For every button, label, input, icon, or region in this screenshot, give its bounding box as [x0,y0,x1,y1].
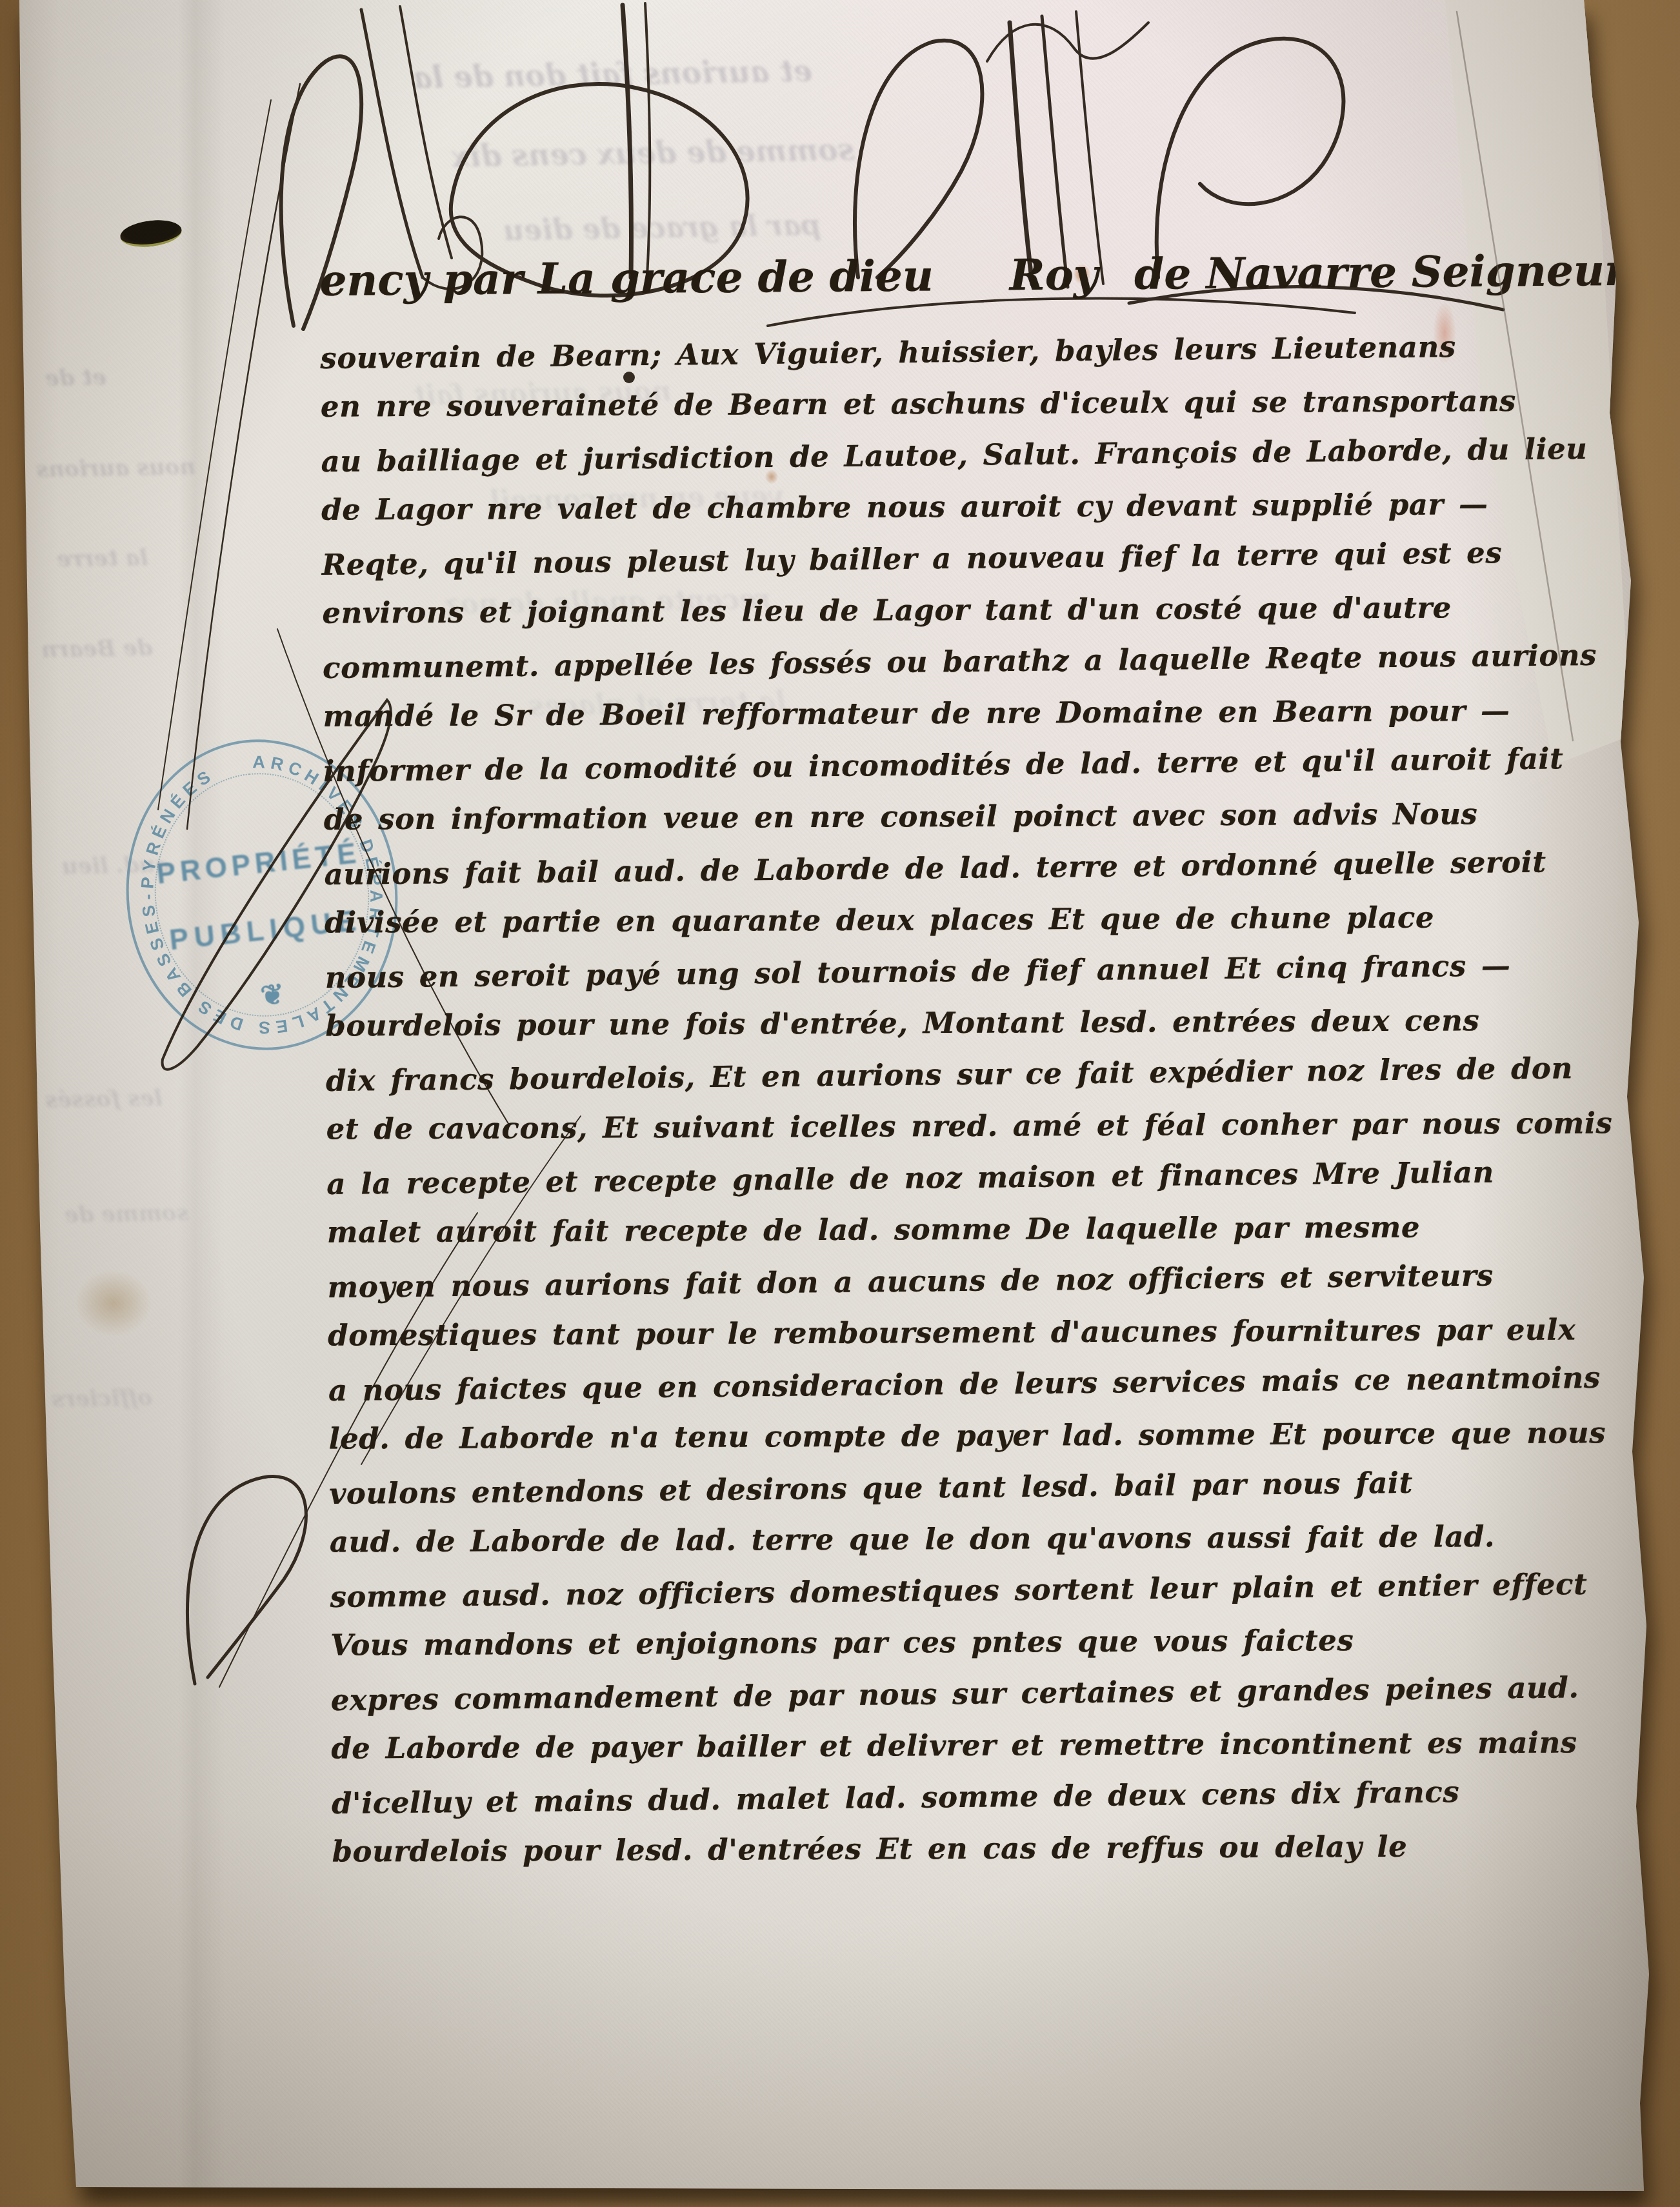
bleedthrough-line: nous aurions [36,454,196,483]
bleedthrough-line: et aurions fait don de la [413,54,813,95]
bleedthrough-line: la terre [57,545,148,572]
manuscript-line: de Lagor nre valet de chambre nous auroi… [321,478,1586,535]
manuscript-line: bourdelois pour une fois d'entrée, Monta… [325,994,1590,1052]
pen-flourish [187,1477,306,1684]
manuscript-line: domestiques tant pour le remboursement d… [328,1304,1592,1361]
pen-flourish [187,84,300,829]
manuscript-line: de son information veue en nre conseil p… [324,788,1588,845]
opening-part2: Roy [1010,249,1099,300]
bleedthrough-line: somme de deux cens dix [452,132,855,174]
manuscript-line: au bailliage et jurisdiction de Lautoe, … [321,423,1586,488]
manuscript-line: somme ausd. noz officiers domestiques so… [330,1559,1595,1623]
manuscript-line: en nre souveraineté de Bearn et aschuns … [321,375,1585,432]
manuscript-opening-line: ency par La grace de dieuRoyde Navarre S… [319,245,1585,331]
manuscript-body: souverain de Bearn; Aux Viguier, huissie… [320,321,1597,1879]
paper-sheet-wrapper: et aurions fait don de la somme de deux … [0,0,1680,2207]
pen-flourish [400,6,452,258]
manuscript-line: aud. de Laborde de lad. terre que le don… [330,1510,1594,1568]
photo-of-manuscript: { "photo": { "background_color": "#9b784… [0,0,1680,2207]
pen-flourish [855,41,982,277]
paper-slit [119,217,183,250]
pen-flourish [1157,39,1344,277]
manuscript-line: environs et joignant les lieu de Lagor t… [322,581,1586,639]
bleedthrough-line: et de [45,365,106,392]
manuscript-line: Vous mandons et enjoignons par ces pntes… [330,1613,1595,1671]
opening-part3: de Navarre Seigneur [1134,245,1627,299]
manuscript-line: d'icelluy et mains dud. malet lad. somme… [332,1765,1597,1830]
manuscript-line: led. de Laborde n'a tenu compte de payer… [328,1407,1593,1464]
ink-stain [75,1270,152,1337]
manuscript-text-block: ency par La grace de dieuRoyde Navarre S… [319,245,1597,1879]
manuscript-line: communemt. appellée les fossés ou barath… [323,630,1588,694]
bleedthrough-line: somme de [65,1200,189,1228]
pen-flourish [1076,12,1103,284]
manuscript-line: Reqte, qu'il nous pleust luy bailler a n… [322,526,1587,591]
manuscript-line: mandé le Sr de Boeil refformateur de nre… [323,684,1588,742]
manuscript-line: divisée et partie en quarante deux place… [325,891,1589,948]
manuscript-line: nous en seroit payé ung sol tournois de … [325,939,1590,1004]
pen-flourish [1042,16,1068,287]
manuscript-line: aurions fait bail aud. de Laborde de lad… [324,836,1589,901]
paper-sheet: et aurions fait don de la somme de deux … [0,0,1680,2207]
pen-flourish [1010,23,1032,284]
manuscript-line: a nous faictes que en consideracion de l… [328,1352,1594,1417]
bleedthrough-line: par la grace de dieu [503,209,821,248]
manuscript-line: informer de la comodité ou incomodités d… [323,733,1588,797]
manuscript-line: bourdelois pour lesd. d'entrées Et en ca… [332,1820,1596,1877]
manuscript-line: malet auroit fait recepte de lad. somme … [327,1201,1592,1258]
manuscript-line: dix francs bourdelois, Et en aurions sur… [326,1043,1591,1107]
manuscript-line: expres commandement de par nous sur cert… [330,1662,1595,1726]
pen-flourish [361,10,423,277]
pen-flourish [987,23,1148,61]
bleedthrough-line: les fossés [45,1085,163,1113]
manuscript-line: voulons entendons et desirons que tant l… [329,1455,1594,1520]
bleedthrough-line: officiers [52,1385,153,1413]
manuscript-line: a la recepte et recepte gnalle de noz ma… [326,1146,1592,1210]
manuscript-line: moyen nous aurions fait don a aucuns de … [327,1249,1592,1313]
manuscript-line: de Laborde de payer bailler et delivrer … [331,1717,1595,1774]
bleedthrough-line: de Bearn [41,635,153,663]
manuscript-line: et de cavacons, Et suivant icelles nred.… [326,1097,1591,1155]
opening-gap [934,290,1010,290]
opening-part1: ency par La grace de dieu [319,250,934,305]
manuscript-line: souverain de Bearn; Aux Viguier, huissie… [320,320,1585,384]
